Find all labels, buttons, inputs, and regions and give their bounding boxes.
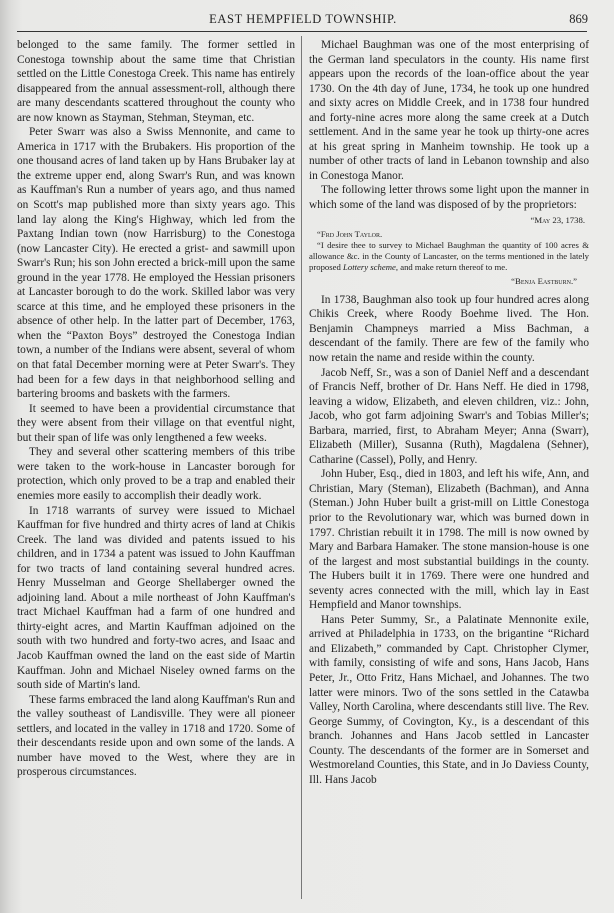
paragraph: Peter Swarr was also a Swiss Mennonite, … [17, 125, 295, 401]
column-divider [301, 36, 302, 899]
paragraph: It seemed to have been a providential ci… [17, 402, 295, 446]
page-number: 869 [569, 12, 588, 27]
paragraph: These farms embraced the land along Kauf… [17, 693, 295, 780]
letter-date: “May 23, 1738. [309, 215, 589, 226]
page-header: EAST HEMPFIELD TOWNSHIP. 869 [18, 12, 588, 32]
right-column: Michael Baughman was one of the most ent… [309, 38, 589, 787]
letter-body-italic: Lottery scheme [343, 262, 396, 272]
paragraph: belonged to the same family. The former … [17, 38, 295, 125]
paragraph: They and several other scattering member… [17, 445, 295, 503]
letter-addressee: “Frd John Taylor. [309, 229, 589, 240]
paragraph: In 1738, Baughman also took up four hund… [309, 293, 589, 366]
letter-body-end: , and make return thereof to me. [396, 262, 507, 272]
paragraph: Michael Baughman was one of the most ent… [309, 38, 589, 183]
paragraph: John Huber, Esq., died in 1803, and left… [309, 467, 589, 612]
left-column: belonged to the same family. The former … [17, 38, 295, 780]
book-page: EAST HEMPFIELD TOWNSHIP. 869 belonged to… [0, 0, 614, 913]
letter-body: “I desire thee to survey to Michael Baug… [309, 240, 589, 274]
header-rule [17, 31, 587, 32]
running-title: EAST HEMPFIELD TOWNSHIP. [18, 12, 588, 27]
paragraph: The following letter throws some light u… [309, 183, 589, 212]
paragraph: Jacob Neff, Sr., was a son of Daniel Nef… [309, 366, 589, 468]
paragraph: In 1718 warrants of survey were issued t… [17, 504, 295, 693]
paragraph: Hans Peter Summy, Sr., a Palatinate Menn… [309, 613, 589, 788]
quoted-letter: “May 23, 1738. “Frd John Taylor. “I desi… [309, 215, 589, 287]
letter-signature: “Benja Eastburn.” [309, 276, 589, 287]
